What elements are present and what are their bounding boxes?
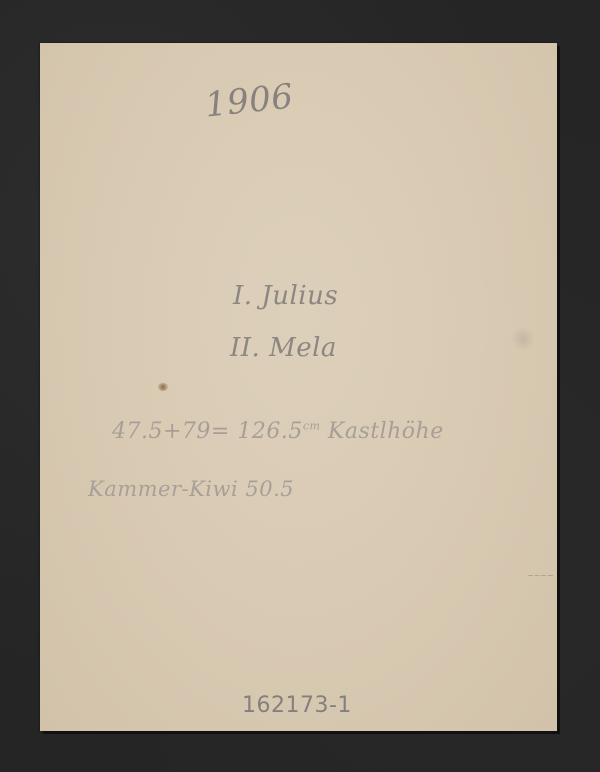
year-annotation: 1906	[203, 76, 295, 125]
formula-unit: cm	[303, 420, 321, 433]
formula-suffix: Kastlhöhe	[328, 419, 444, 444]
name-line-1: I. Julius	[233, 281, 338, 311]
name-line-2: II. Mela	[230, 333, 337, 363]
height-formula: 47.5+79= 126.5cm Kastlhöhe	[112, 419, 444, 444]
formula-main: 47.5+79= 126.5	[112, 419, 303, 444]
corner-mark: ~~~~	[527, 571, 554, 580]
measurement-note: Kammer-Kiwi 50.5	[88, 477, 294, 501]
stain-mark	[158, 383, 168, 391]
catalog-number: 162173-1	[242, 693, 352, 718]
photo-card-verso: 1906 I. Julius II. Mela 47.5+79= 126.5cm…	[40, 43, 557, 731]
smudge-mark	[510, 328, 536, 350]
